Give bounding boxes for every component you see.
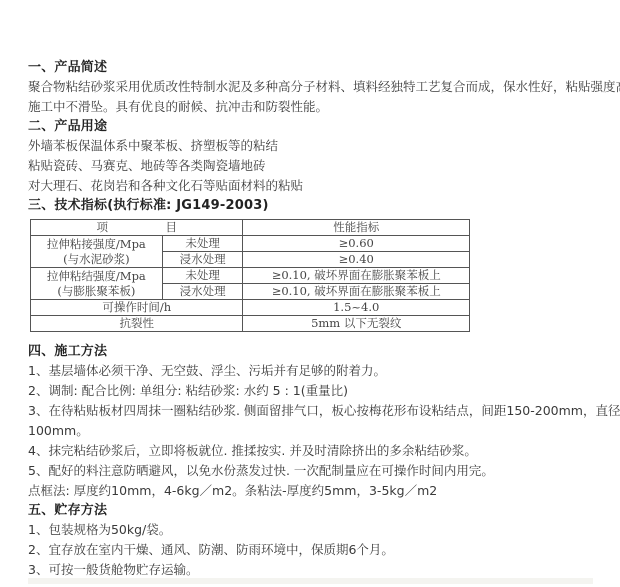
- row-item-crack-resistance: 抗裂性: [31, 316, 243, 332]
- table-row: 可操作时间/h 1.5~4.0: [31, 300, 470, 316]
- table-row: 拉伸粘结强度/Mpa (与膨胀聚苯板) 未处理 ≥0.10, 破坏界面在膨胀聚苯…: [31, 268, 470, 284]
- item-line: 拉伸粘结强度/Mpa: [31, 269, 162, 284]
- usage-line: 外墙苯板保温体系中聚苯板、挤塑板等的粘结: [28, 136, 618, 156]
- construction-line: 1、基层墙体必须干净、无空鼓、浮尘、污垢并有足够的附着力。: [28, 361, 618, 381]
- usage-line: 对大理石、花岗岩和各种文化石等贴面材料的粘贴: [28, 176, 618, 196]
- item-line: 拉伸粘接强度/Mpa: [31, 237, 162, 252]
- construction-line: 100mm。: [28, 421, 618, 441]
- value-cell: ≥0.10, 破坏界面在膨胀聚苯板上: [243, 284, 470, 300]
- value-cell: ≥0.40: [243, 252, 470, 268]
- construction-line: 2、调制: 配合比例: 单组分: 粘结砂浆: 水约 5 : 1(重量比): [28, 381, 618, 401]
- storage-line: 2、宜存放在室内干燥、通风、防潮、防雨环境中，保质期6个月。: [28, 540, 618, 560]
- bottom-divider: [28, 578, 593, 584]
- row-item-open-time: 可操作时间/h: [31, 300, 243, 316]
- value-cell: 1.5~4.0: [243, 300, 470, 316]
- spec-table: 项 目 性能指标 拉伸粘接强度/Mpa (与水泥砂浆) 未处理 ≥0.60 浸水…: [30, 219, 470, 332]
- row-item-bond-cement: 拉伸粘接强度/Mpa (与水泥砂浆): [31, 236, 163, 268]
- overview-line: 聚合物粘结砂浆采用优质改性特制水泥及多种高分子材料、填料经独特工艺复合而成，保水…: [28, 77, 618, 97]
- section-heading-overview: 一、产品简述: [28, 58, 618, 77]
- item-line: (与水泥砂浆): [31, 252, 162, 267]
- product-document: 一、产品简述 聚合物粘结砂浆采用优质改性特制水泥及多种高分子材料、填料经独特工艺…: [28, 58, 618, 580]
- section-heading-construction: 四、施工方法: [28, 342, 618, 361]
- value-cell: ≥0.60: [243, 236, 470, 252]
- construction-line: 4、抹完粘结砂浆后，立即将板就位. 推揉按实. 并及时清除挤出的多余粘结砂浆。: [28, 441, 618, 461]
- condition-cell: 浸水处理: [162, 284, 243, 300]
- row-item-bond-eps: 拉伸粘结强度/Mpa (与膨胀聚苯板): [31, 268, 163, 300]
- usage-line: 粘贴瓷砖、马赛克、地砖等各类陶瓷墙地砖: [28, 156, 618, 176]
- section-heading-usage: 二、产品用途: [28, 117, 618, 136]
- storage-line: 1、包装规格为50kg/袋。: [28, 520, 618, 540]
- condition-cell: 浸水处理: [162, 252, 243, 268]
- header-spec: 性能指标: [243, 220, 470, 236]
- value-cell: 5mm 以下无裂纹: [243, 316, 470, 332]
- construction-line: 3、在待粘贴板材四周抹一圈粘结砂浆. 侧面留排气口，板心按梅花形布设粘结点，间距…: [28, 401, 618, 421]
- condition-cell: 未处理: [162, 236, 243, 252]
- value-cell: ≥0.10, 破坏界面在膨胀聚苯板上: [243, 268, 470, 284]
- table-row: 拉伸粘接强度/Mpa (与水泥砂浆) 未处理 ≥0.60: [31, 236, 470, 252]
- storage-line: 3、可按一般货舱物贮存运输。: [28, 560, 618, 580]
- construction-line: 点框法: 厚度约10mm，4-6kg／m2。条粘法-厚度约5mm，3-5kg／m…: [28, 481, 618, 501]
- section-heading-specs: 三、技术指标(执行标准: JG149-2003): [28, 196, 618, 215]
- overview-line: 施工中不滑坠。具有优良的耐候、抗冲击和防裂性能。: [28, 97, 618, 117]
- section-heading-storage: 五、贮存方法: [28, 501, 618, 520]
- item-line: (与膨胀聚苯板): [31, 284, 162, 299]
- table-row: 抗裂性 5mm 以下无裂纹: [31, 316, 470, 332]
- condition-cell: 未处理: [162, 268, 243, 284]
- header-item: 项 目: [31, 220, 243, 236]
- construction-line: 5、配好的料注意防晒避风，以免水份蒸发过快. 一次配制量应在可操作时间内用完。: [28, 461, 618, 481]
- table-header-row: 项 目 性能指标: [31, 220, 470, 236]
